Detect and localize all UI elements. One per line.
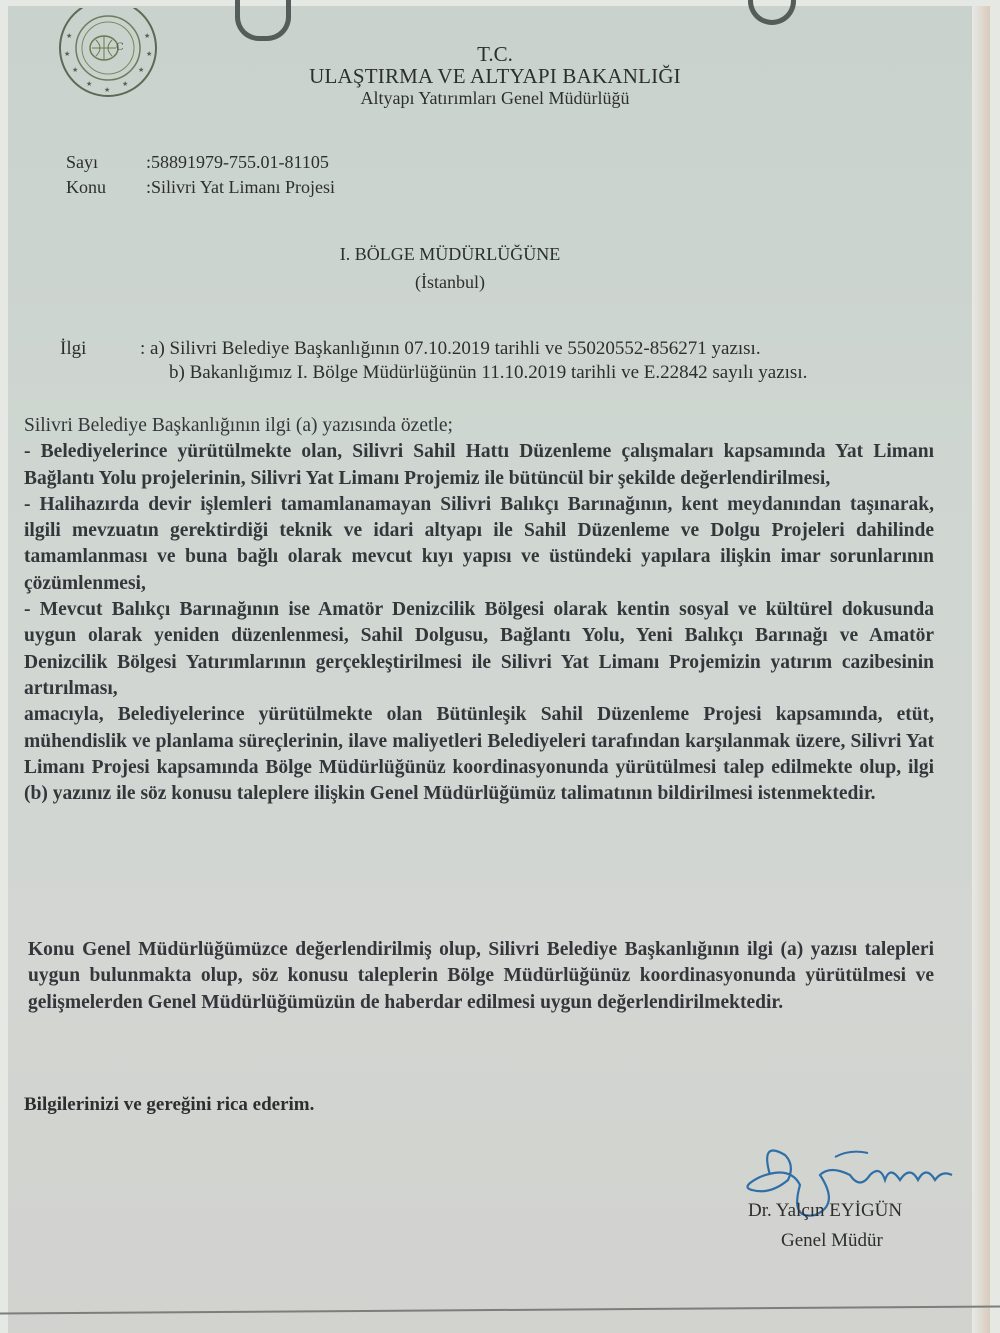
svg-text:★: ★ <box>66 32 72 40</box>
svg-text:★: ★ <box>146 50 152 58</box>
decision-paragraph: Konu Genel Müdürlüğümüzce değerlendirilm… <box>28 937 934 1016</box>
svg-text:C: C <box>116 42 124 53</box>
letter-body: Silivri Belediye Başkanlığının ilgi (a) … <box>24 413 934 807</box>
header-ministry: ULAŞTIRMA VE ALTYAPI BAKANLIĞI <box>180 64 810 89</box>
svg-text:★: ★ <box>144 32 150 40</box>
svg-text:★: ★ <box>104 86 110 94</box>
body-bullet-2: - Halihazırda devir işlemleri tamamlanam… <box>24 492 934 597</box>
signatory-title: Genel Müdür <box>781 1230 883 1252</box>
konu-value: :Silivri Yat Limanı Projesi <box>146 177 335 197</box>
paper-clip-icon <box>235 0 291 41</box>
body-bullet-1: - Belediyelerince yürütülmekte olan, Sil… <box>24 439 934 492</box>
header-department: Altyapı Yatırımları Genel Müdürlüğü <box>180 88 810 109</box>
ministry-seal-icon: C ★★★ ★★★ ★★★ <box>52 8 164 98</box>
svg-text:★: ★ <box>122 80 128 88</box>
svg-text:★: ★ <box>86 80 92 88</box>
body-intro: Silivri Belediye Başkanlığının ilgi (a) … <box>24 413 934 439</box>
svg-text:★: ★ <box>72 66 78 74</box>
body-bullet-3: - Mevcut Balıkçı Barınağının ise Amatör … <box>24 597 934 702</box>
sayi-label: Sayı <box>66 152 146 173</box>
body-decision: Konu Genel Müdürlüğümüzce değerlendirilm… <box>28 937 934 1016</box>
konu-label: Konu <box>66 177 146 198</box>
reference-b: b) Bakanlığımız I. Bölge Müdürlüğünün 11… <box>169 362 807 384</box>
closing-line: Bilgilerinizi ve gereğini rica ederim. <box>24 1094 314 1116</box>
meta-konu: Konu:Silivri Yat Limanı Projesi <box>66 177 335 198</box>
ilgi-label: İlgi <box>60 338 86 360</box>
paper-edge <box>972 6 990 1333</box>
svg-text:★: ★ <box>64 50 70 58</box>
addressee-city: (İstanbul) <box>140 272 760 293</box>
sayi-value: :58891979-755.01-81105 <box>146 152 329 172</box>
body-purpose: amacıyla, Belediyelerince yürütülmekte o… <box>24 702 934 807</box>
signatory-name: Dr. Yalçın EYİGÜN <box>748 1200 902 1222</box>
meta-sayi: Sayı:58891979-755.01-81105 <box>66 152 329 173</box>
svg-text:★: ★ <box>138 66 144 74</box>
addressee: I. BÖLGE MÜDÜRLÜĞÜNE <box>140 244 760 265</box>
reference-a: : a) Silivri Belediye Başkanlığının 07.1… <box>140 338 761 360</box>
